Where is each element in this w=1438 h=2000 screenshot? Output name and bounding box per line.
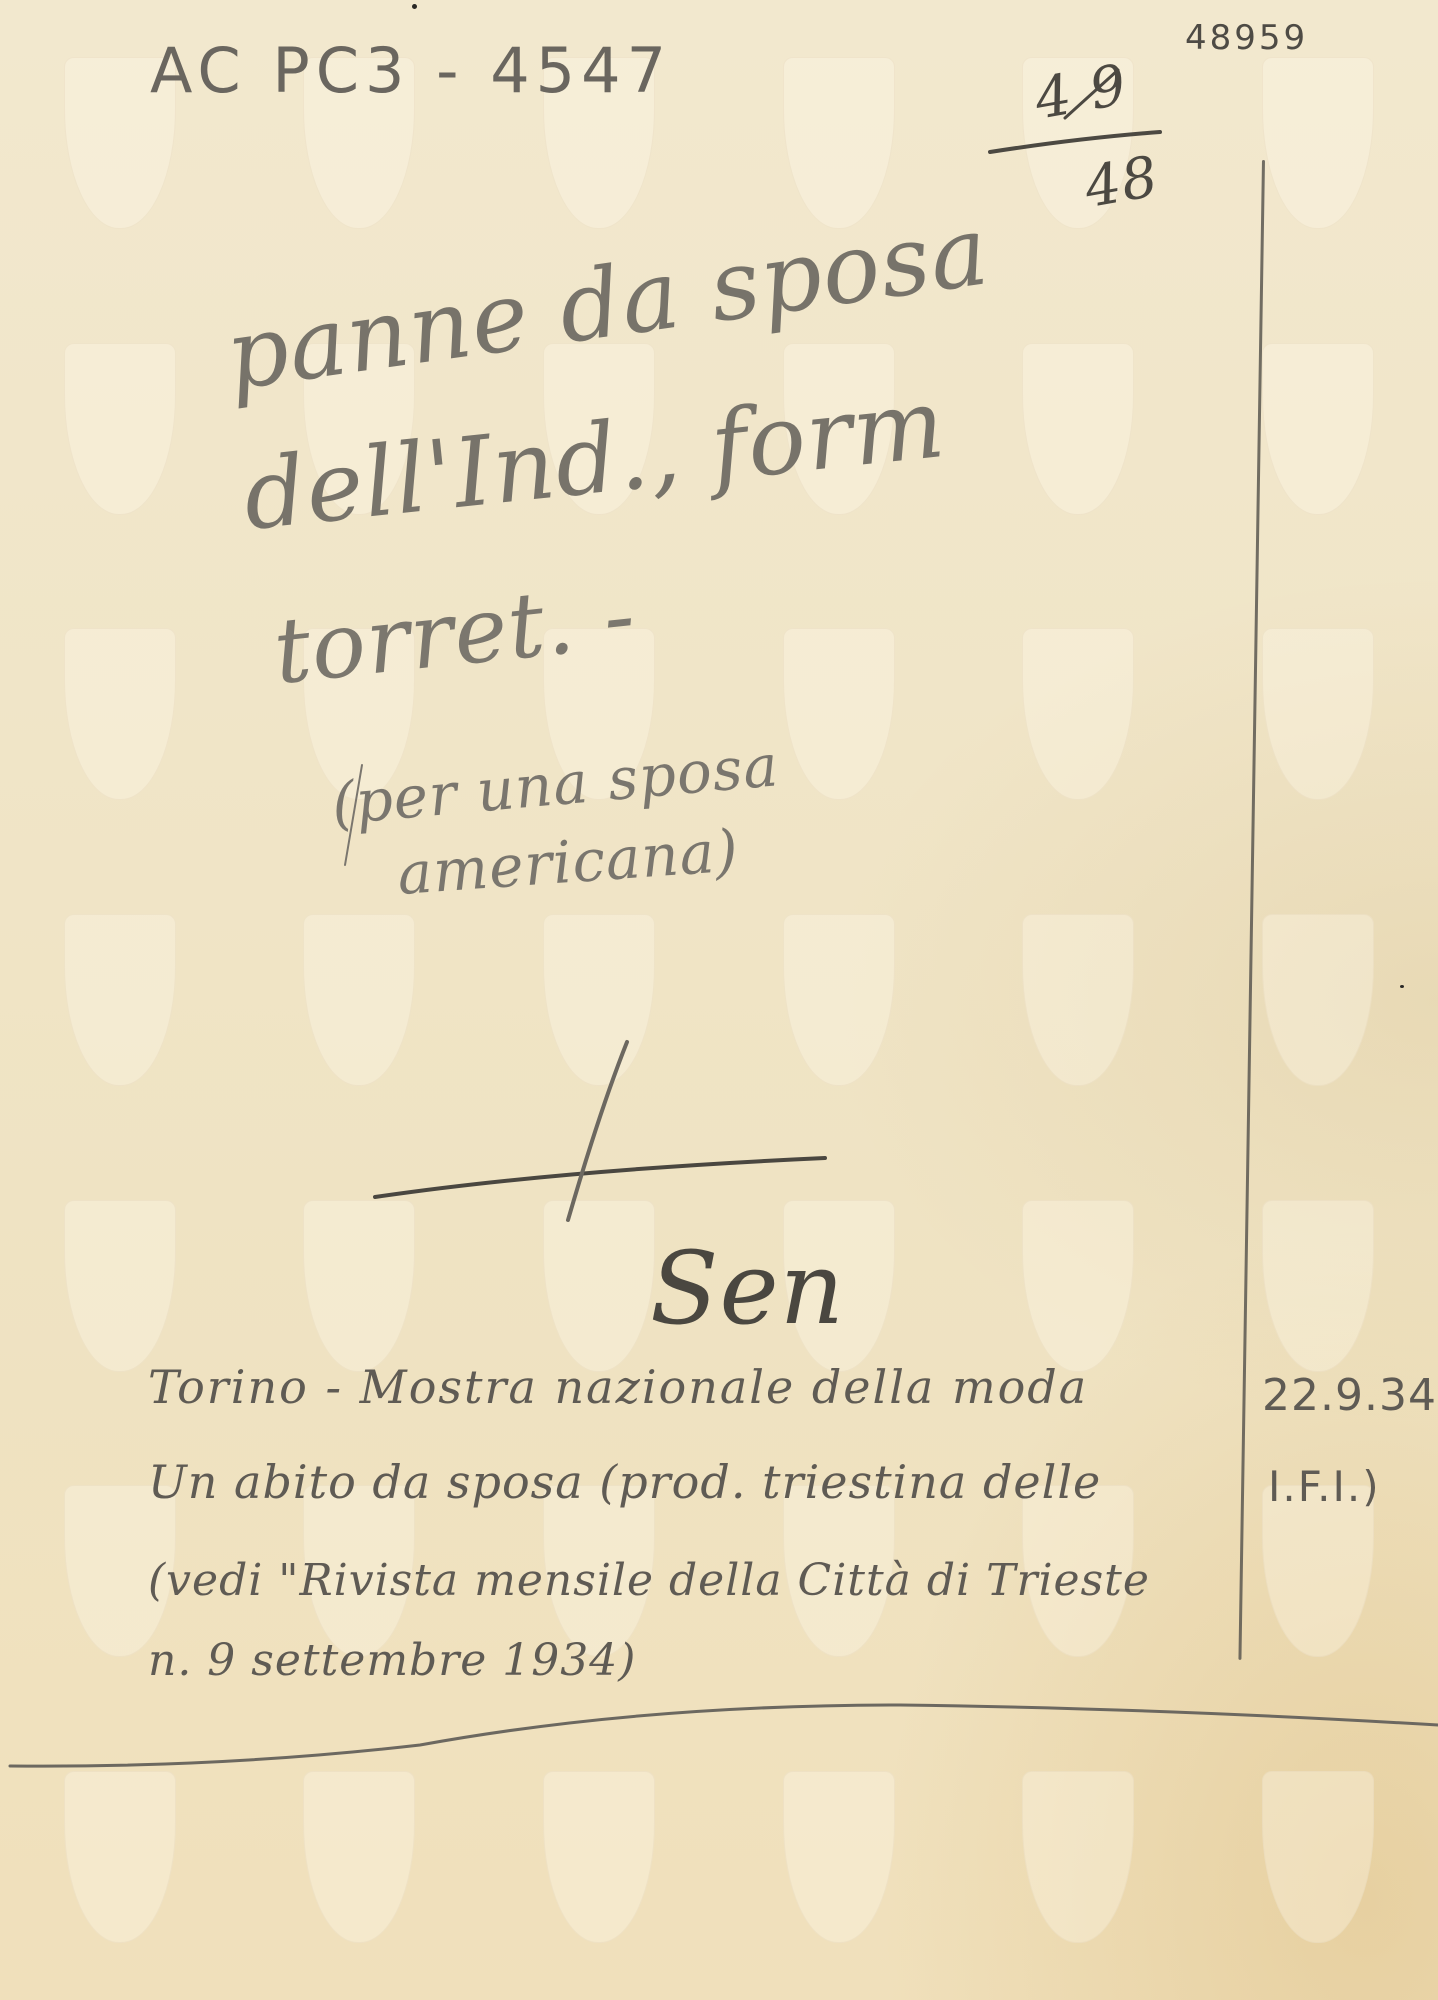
caption-line-3: (vedi "Rivista mensile della Città di Tr… — [148, 1555, 1150, 1606]
ink-dot — [412, 4, 417, 9]
caption-reference: I.F.I.) — [1268, 1462, 1381, 1511]
catalog-code: AC PC3 - 4547 — [150, 34, 672, 107]
caption-date: 22.9.34 — [1262, 1370, 1437, 1421]
caption-line-4: n. 9 settembre 1934) — [148, 1635, 636, 1686]
caption-line-1: Torino - Mostra nazionale della moda — [148, 1360, 1088, 1414]
ink-dot — [1400, 985, 1404, 988]
signature: Sen — [650, 1230, 845, 1347]
inventory-number: 48959 — [1185, 18, 1308, 58]
caption-line-2: Un abito da sposa (prod. triestina delle — [148, 1455, 1101, 1509]
fraction-denominator: 48 — [1080, 144, 1163, 221]
